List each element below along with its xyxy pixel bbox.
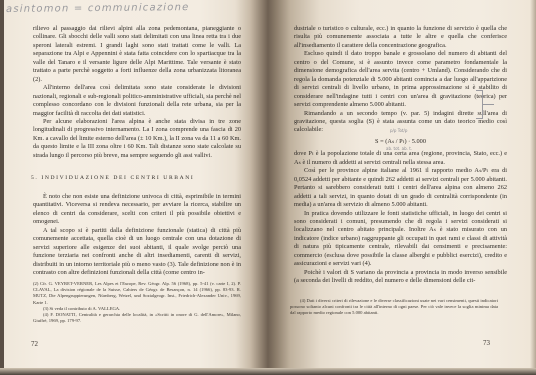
pencil-annotation: p/p Tot/p bbox=[390, 128, 407, 133]
left-section-text: È noto che non esiste una definizione un… bbox=[33, 193, 241, 278]
left-page: asintomon = communicazione rilievo al pa… bbox=[0, 0, 268, 368]
pencil-annotation: ab. tot. ab. t. bbox=[386, 146, 412, 151]
paragraph: All'interno dell'area così delimitata so… bbox=[33, 84, 241, 118]
paragraph: dustriale o turistico o culturale, ecc.)… bbox=[294, 25, 507, 50]
footnote: (4) Dati i diversi criteri di rilevazion… bbox=[290, 298, 498, 317]
right-footnote: (4) Dati i diversi criteri di rilevazion… bbox=[290, 298, 498, 317]
paragraph: rilievo al passaggio dai rilievi alpini … bbox=[33, 25, 241, 84]
footnote: (4) F. DONATTI, Centralità e gerarchia d… bbox=[33, 312, 241, 324]
paragraph: dove Pₜ è la popolazione totale di una c… bbox=[294, 150, 507, 167]
paragraph: In pratica dovendo utilizzare le fonti s… bbox=[294, 210, 507, 269]
right-body-text: dustriale o turistico o culturale, ecc.)… bbox=[294, 25, 507, 286]
handwritten-annotation: asintomon = communicazione bbox=[6, 2, 190, 15]
paragraph: Così per le province alpine italiane al … bbox=[294, 167, 507, 209]
book-spread: asintomon = communicazione rilievo al pa… bbox=[0, 0, 536, 375]
paragraph: A tal scopo si è partiti dalla definizio… bbox=[33, 227, 241, 278]
pencil-bracket-tick bbox=[482, 104, 494, 105]
paragraph: Poichè i valori di S variano da provinci… bbox=[294, 269, 507, 286]
footnote: (2) Cfr. G. VEYRET-VERNER, Les Alpes et … bbox=[33, 281, 241, 306]
right-page: dustriale o turistico o culturale, ecc.)… bbox=[268, 0, 536, 368]
page-number: 72 bbox=[31, 340, 38, 348]
paragraph: È noto che non esiste una definizione un… bbox=[33, 193, 241, 227]
section-heading: 5. INDIVIDUAZIONE DEI CENTRI URBANI bbox=[31, 175, 194, 181]
page-number: 73 bbox=[483, 339, 490, 347]
paragraph: Per alcune elaborazioni l'area alpina è … bbox=[33, 118, 241, 160]
left-footnotes: (2) Cfr. G. VEYRET-VERNER, Les Alpes et … bbox=[33, 281, 241, 324]
left-body-text: rilievo al passaggio dai rilievi alpini … bbox=[33, 25, 241, 160]
book-bottom-edge bbox=[0, 368, 536, 375]
